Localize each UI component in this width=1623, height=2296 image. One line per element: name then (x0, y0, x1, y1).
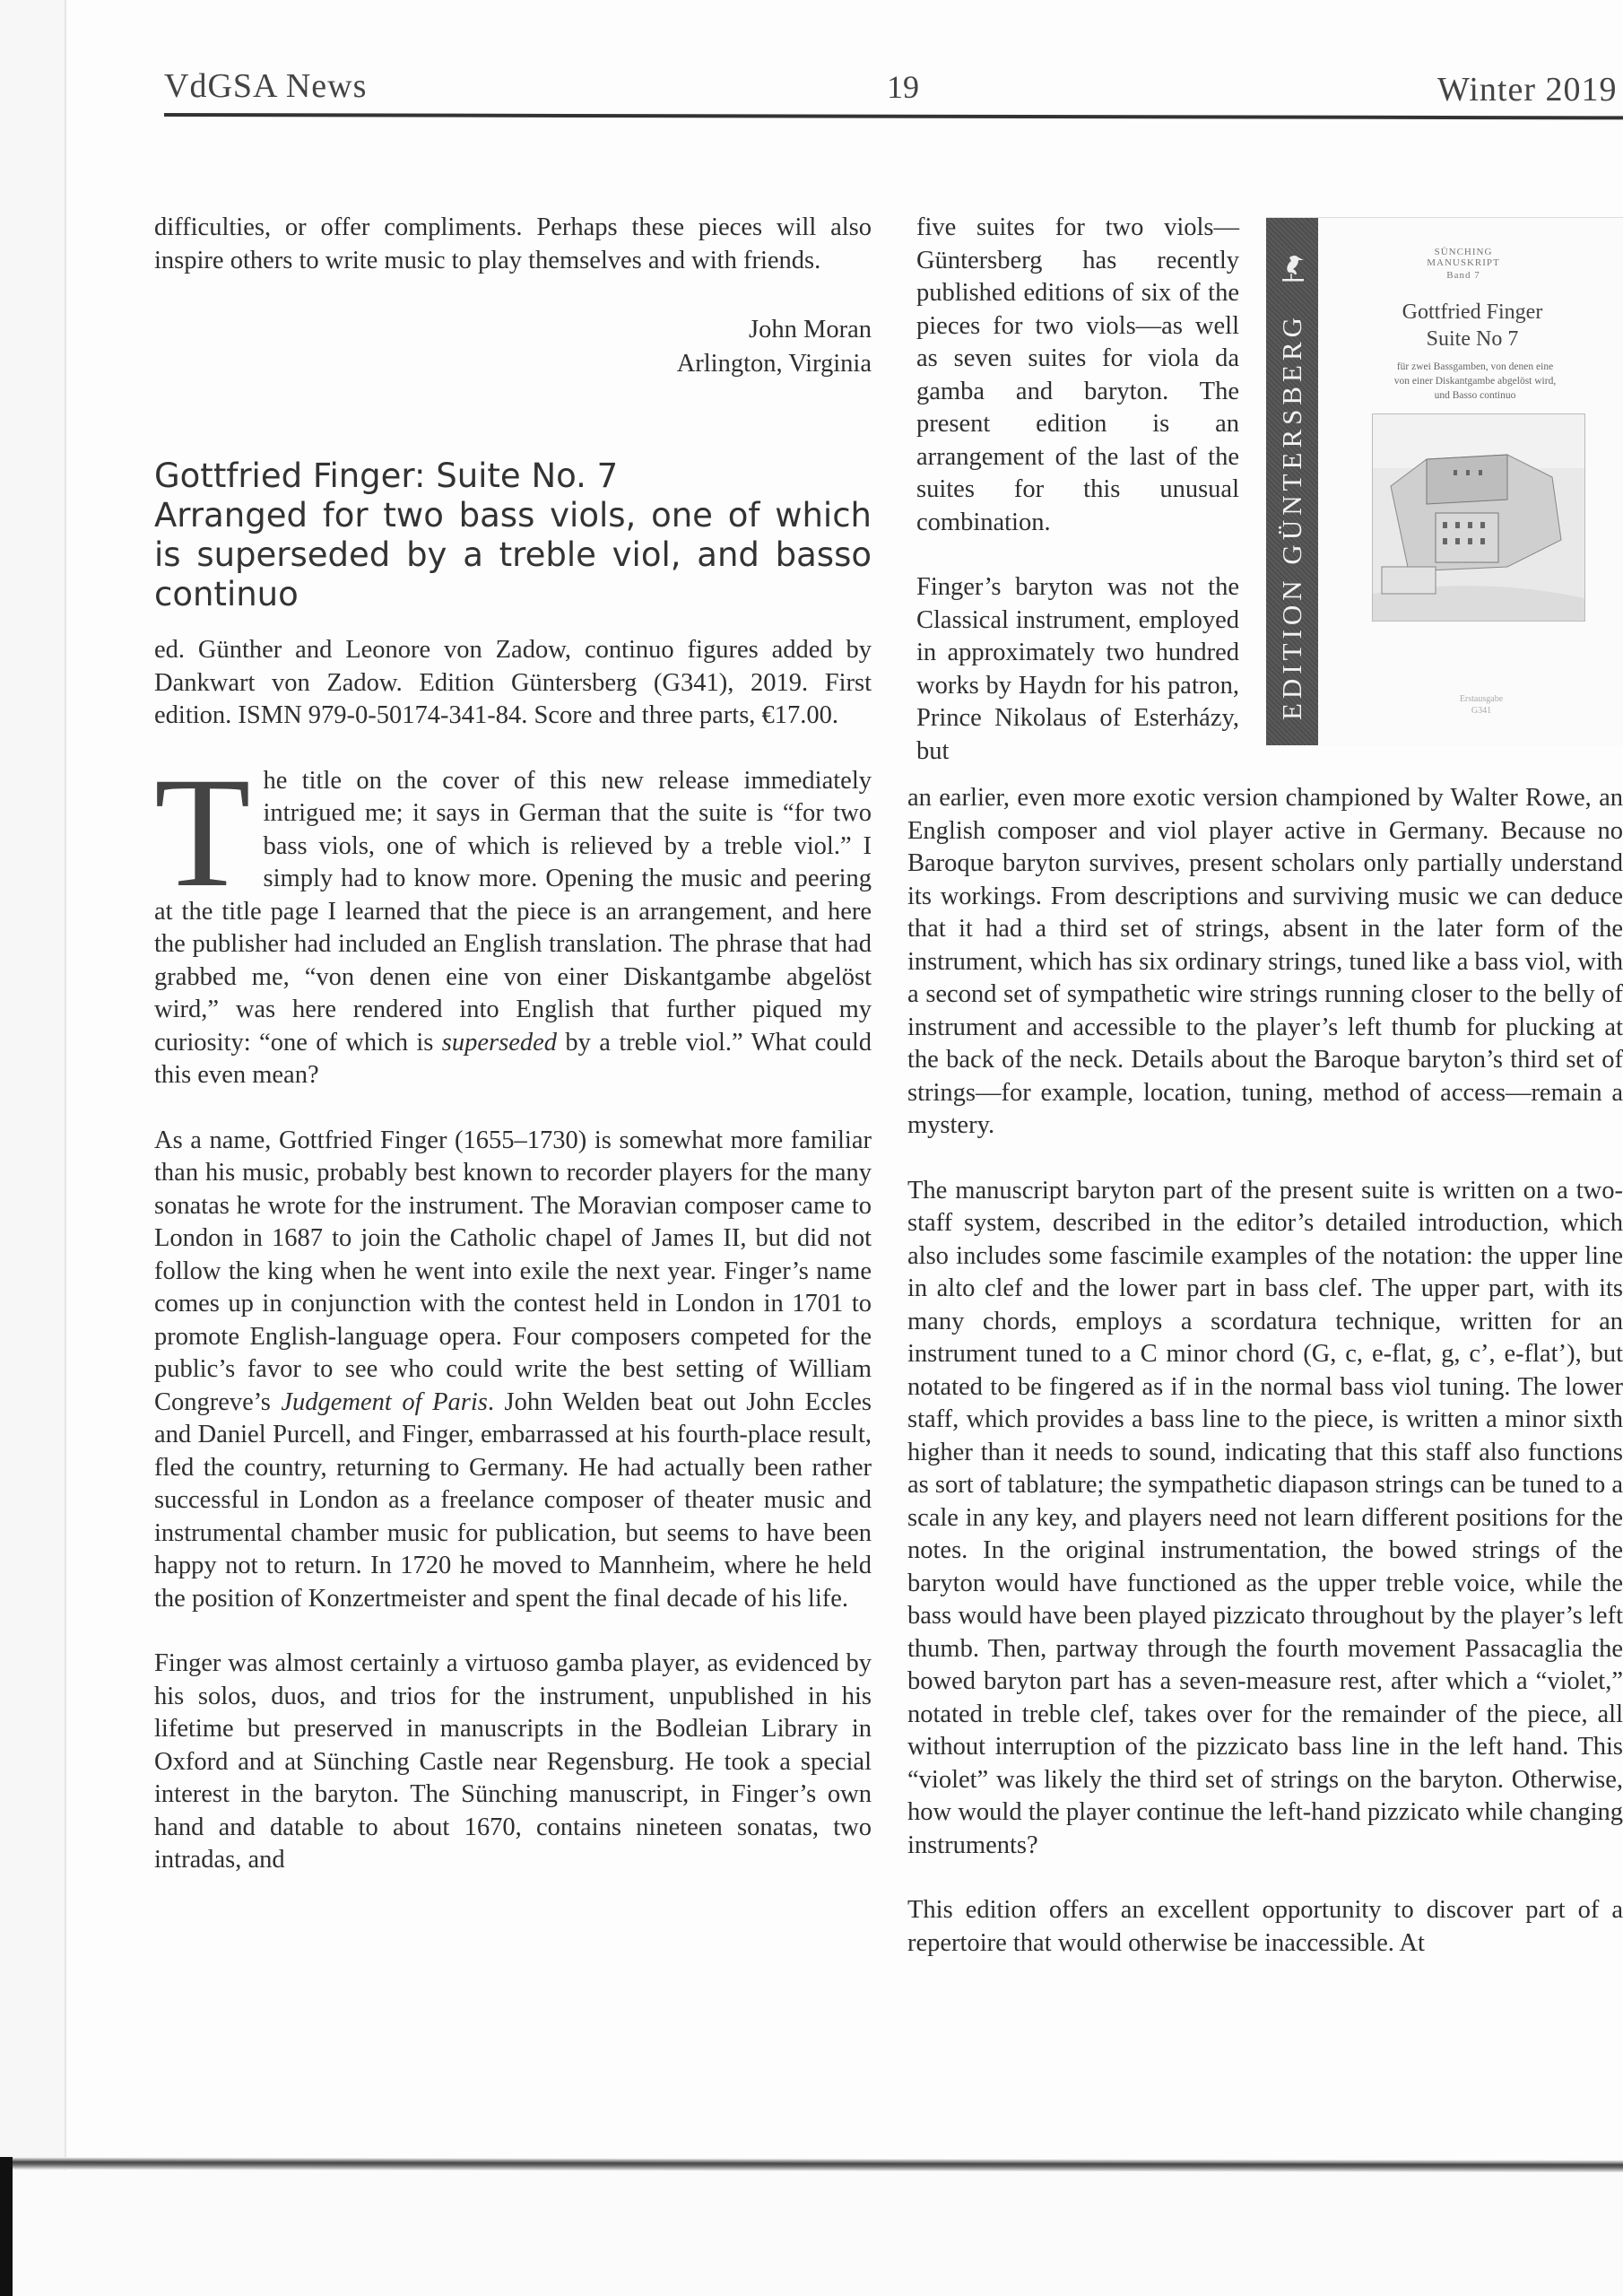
page-edge (65, 0, 66, 2188)
cover-spine: EDITION GÜNTERSBERG (1266, 218, 1318, 745)
closing-paragraph: difficulties, or offer compliments. Perh… (154, 212, 872, 277)
paragraph-text: As a name, Gottfried Finger (1655–1730) … (154, 1126, 872, 1416)
cover-title: Gottfried Finger Suite No 7 (1329, 299, 1616, 352)
italic-term: superseded (442, 1029, 557, 1057)
publication-name: VdGSA News (164, 66, 367, 106)
subtitle-line: von einer Diskantgambe abgelöst wird, (1327, 374, 1623, 388)
catalog-number: G341 (1392, 705, 1571, 717)
scan-margin (0, 0, 65, 2296)
scan-background (0, 2170, 1623, 2296)
right-column-upper: five suites for two viols—Güntersberg ha… (916, 212, 1239, 800)
cover-work: Suite No 7 (1329, 326, 1616, 352)
italic-title: Judgement of Paris (281, 1388, 487, 1416)
volume-label: Band 7 (1401, 270, 1526, 281)
right-paragraph-1: five suites for two viols—Güntersberg ha… (916, 212, 1239, 539)
subtitle-line: für zwei Bassgamben, von denen eine (1327, 360, 1623, 374)
paragraph-text: he title on the cover of this new releas… (154, 767, 872, 1057)
review-title-main: Gottfried Finger: Suite No. 7 (154, 457, 618, 495)
scan-edge-shadow (0, 2157, 13, 2296)
page-number: 19 (887, 68, 919, 106)
running-header: VdGSA News 19 Winter 2019 (164, 63, 1623, 126)
right-paragraph-2-continued: an earlier, even more exotic version cha… (907, 782, 1623, 1143)
review-paragraph-2: As a name, Gottfried Finger (1655–1730) … (154, 1125, 872, 1616)
right-paragraph-3: The manuscript baryton part of the prese… (907, 1175, 1623, 1863)
review-publication-details: ed. Günther and Leonore von Zadow, conti… (154, 634, 872, 733)
edition-label: Erstausgabe (1392, 693, 1571, 705)
review-paragraph-1: The title on the cover of this new relea… (154, 765, 872, 1092)
paragraph-text: . John Welden beat out John Eccles and D… (154, 1388, 872, 1613)
series-name: SÜNCHING (1401, 247, 1526, 257)
series-type: MANUSKRIPT (1401, 257, 1526, 268)
header-rule (164, 113, 1623, 119)
review-paragraph-3: Finger was almost certainly a virtuoso g… (154, 1648, 872, 1877)
spine-text: EDITION GÜNTERSBERG (1276, 313, 1308, 720)
signature-location: Arlington, Virginia (154, 347, 872, 381)
cover-series: SÜNCHING MANUSKRIPT Band 7 (1401, 247, 1526, 281)
left-column: difficulties, or offer compliments. Perh… (154, 212, 872, 1909)
castle-illustration (1373, 414, 1584, 621)
cover-composer: Gottfried Finger (1329, 299, 1616, 326)
castle-engraving-image (1372, 413, 1585, 622)
letter-signature: John Moran Arlington, Virginia (154, 313, 872, 381)
signature-name: John Moran (154, 313, 872, 347)
review-title: Gottfried Finger: Suite No. 7 Arranged f… (154, 457, 872, 614)
right-paragraph-2-start: Finger’s baryton was not the Classical i… (916, 571, 1239, 768)
issue-label: Winter 2019 (1437, 70, 1617, 109)
subtitle-line: und Basso continuo (1327, 388, 1623, 403)
review-title-subtitle: Arranged for two bass viols, one of whic… (154, 496, 872, 613)
cover-footer: Erstausgabe G341 (1392, 693, 1571, 717)
right-paragraph-4: This edition offers an excellent opportu… (907, 1894, 1623, 1960)
book-cover-image: EDITION GÜNTERSBERG SÜNCHING MANUSKRIPT … (1266, 217, 1623, 745)
heron-logo-icon (1277, 252, 1307, 288)
cover-subtitle: für zwei Bassgamben, von denen eine von … (1327, 360, 1623, 403)
drop-cap: T (154, 770, 251, 896)
right-column-lower: an earlier, even more exotic version cha… (907, 782, 1623, 1992)
